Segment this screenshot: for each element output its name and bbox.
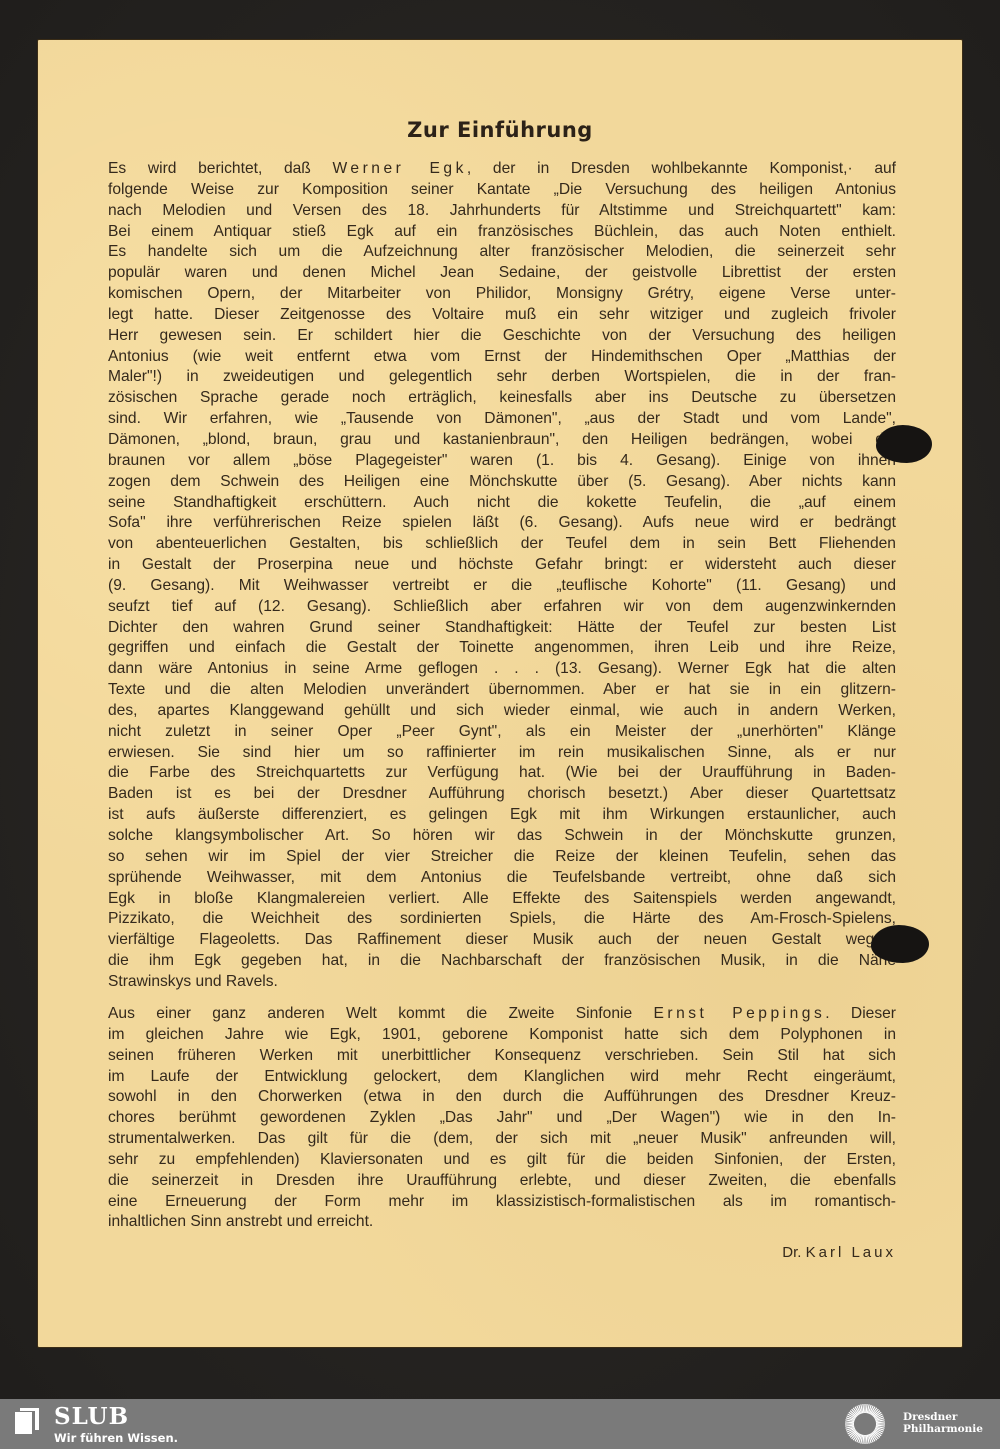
text-line: ist aufs äußerste differenziert, es geli… <box>108 805 896 826</box>
text-line: zösischen Sprache gerade noch erträglich… <box>108 388 896 409</box>
text-line: Sofa" ihre verführerischen Reize spielen… <box>108 513 896 534</box>
signature-prefix: Dr. <box>782 1244 805 1261</box>
paragraph-2: Aus einer ganz anderen Welt kommt die Zw… <box>108 1004 896 1233</box>
dresdner-philharmonie-sun-icon[interactable] <box>842 1402 888 1446</box>
text-line: Dichter den wahren Grund seiner Standhaf… <box>108 618 896 639</box>
punch-hole <box>871 925 929 963</box>
text-line: gegriffen und einfach die Gestalt der To… <box>108 638 896 659</box>
text-line: Es wird berichtet, daß Werner Egk, der i… <box>108 159 896 180</box>
punch-hole <box>876 425 932 463</box>
text-line: Pizzikato, die Weichheit des sordinierte… <box>108 909 896 930</box>
text-line: Herr gewesen sein. Er schildert hier die… <box>108 326 896 347</box>
text-line: braunen vor allem „böse Plagegeister" wa… <box>108 451 896 472</box>
text-line: seufzt tief auf (12. Gesang). Schließlic… <box>108 597 896 618</box>
text-line: die Farbe des Streichquartetts zur Verfü… <box>108 763 896 784</box>
spaced-name: Ernst Peppings <box>653 1005 825 1022</box>
text-line: im Laufe der Entwicklung gelockert, dem … <box>108 1067 896 1088</box>
text-line: Baden ist es bei der Dresdner Aufführung… <box>108 784 896 805</box>
text-line: sprühende Weihwasser, mit dem Antonius d… <box>108 868 896 889</box>
text-line: inhaltlichen Sinn anstrebt und erreicht. <box>108 1212 896 1233</box>
page-title: Zur Einführung <box>38 118 962 142</box>
text-line: folgende Weise zur Komposition seiner Ka… <box>108 180 896 201</box>
text-line: die ihm Egk gegeben hat, in die Nachbars… <box>108 951 896 972</box>
document-page: Zur Einführung Es wird berichtet, daß We… <box>38 40 962 1347</box>
text-line: strumentalwerken. Das gilt für die (dem,… <box>108 1129 896 1150</box>
text-line: solche klangsymbolischer Art. So hören w… <box>108 826 896 847</box>
text-line: von abenteuerlichen Gestalten, bis schli… <box>108 534 896 555</box>
slub-book-icon[interactable] <box>14 1407 40 1435</box>
dresdner-philharmonie-logo-text[interactable]: Dresdner Philharmonie <box>903 1411 983 1435</box>
text-line: erwiesen. Sie sind hier um so raffiniert… <box>108 743 896 764</box>
text-line: Egk in bloße Klangmalereien verliert. Al… <box>108 889 896 910</box>
text-line: des, apartes Klanggewand gehüllt und sic… <box>108 701 896 722</box>
text-line: so sehen wir im Spiel der vier Streicher… <box>108 847 896 868</box>
text-line: dann wäre Antonius in seine Arme gefloge… <box>108 659 896 680</box>
text-line: legt hatte. Dieser Zeitgenosse des Volta… <box>108 305 896 326</box>
slub-logo-text[interactable]: SLUB <box>54 1403 129 1430</box>
text-line: Maler"!) in zweideutigen und gelegentlic… <box>108 367 896 388</box>
text-line: eine Erneuerung der Form mehr im klassiz… <box>108 1192 896 1213</box>
text-line: sowohl in den Chorwerken (etwa in den du… <box>108 1087 896 1108</box>
text-line: seine Standhaftigkeit erschüttern. Auch … <box>108 493 896 514</box>
text-line: im gleichen Jahre wie Egk, 1901, geboren… <box>108 1025 896 1046</box>
spaced-name: Werner Egk <box>333 160 467 177</box>
text-line: seinen früheren Werken mit unerbittliche… <box>108 1046 896 1067</box>
text-line: sind. Wir erfahren, wie „Tausende von Dä… <box>108 409 896 430</box>
text-line: Bei einem Antiquar stieß Egk auf ein fra… <box>108 222 896 243</box>
text-line: Strawinskys und Ravels. <box>108 972 896 993</box>
text-line: Antonius (wie weit entfernt etwa vom Ern… <box>108 347 896 368</box>
text-line: (9. Gesang). Mit Weihwasser vertreibt er… <box>108 576 896 597</box>
text-line: nach Melodien und Versen des 18. Jahrhun… <box>108 201 896 222</box>
text-line: Dämonen, „blond, braun, grau und kastani… <box>108 430 896 451</box>
text-line: zogen dem Schwein des Heiligen eine Mönc… <box>108 472 896 493</box>
text-line: sehr zu empfehlenden) Klaviersonaten und… <box>108 1150 896 1171</box>
paragraph-1: Es wird berichtet, daß Werner Egk, der i… <box>108 159 896 993</box>
footer-bar: SLUB Wir führen Wissen. Dresdner Philhar… <box>0 1399 1000 1449</box>
author-signature: Dr. Karl Laux <box>782 1244 896 1261</box>
text-line: Es handelte sich um die Aufzeichnung alt… <box>108 242 896 263</box>
text-line: in Gestalt der Proserpina neue und höchs… <box>108 555 896 576</box>
text-line: chores berühmt gewordenen Zyklen „Das Ja… <box>108 1108 896 1129</box>
text-line: Texte und die alten Melodien unverändert… <box>108 680 896 701</box>
signature-name: Karl Laux <box>806 1244 896 1261</box>
text-line: komischen Opern, der Mitarbeiter von Phi… <box>108 284 896 305</box>
slub-tagline: Wir führen Wissen. <box>54 1431 178 1445</box>
text-line: nicht zuletzt in seiner Oper „Peer Gynt"… <box>108 722 896 743</box>
text-line: populär waren und denen Michel Jean Seda… <box>108 263 896 284</box>
text-line: die seinerzeit in Dresden ihre Uraufführ… <box>108 1171 896 1192</box>
text-line: Aus einer ganz anderen Welt kommt die Zw… <box>108 1004 896 1025</box>
text-line: vierfältige Flageoletts. Das Raffinement… <box>108 930 896 951</box>
